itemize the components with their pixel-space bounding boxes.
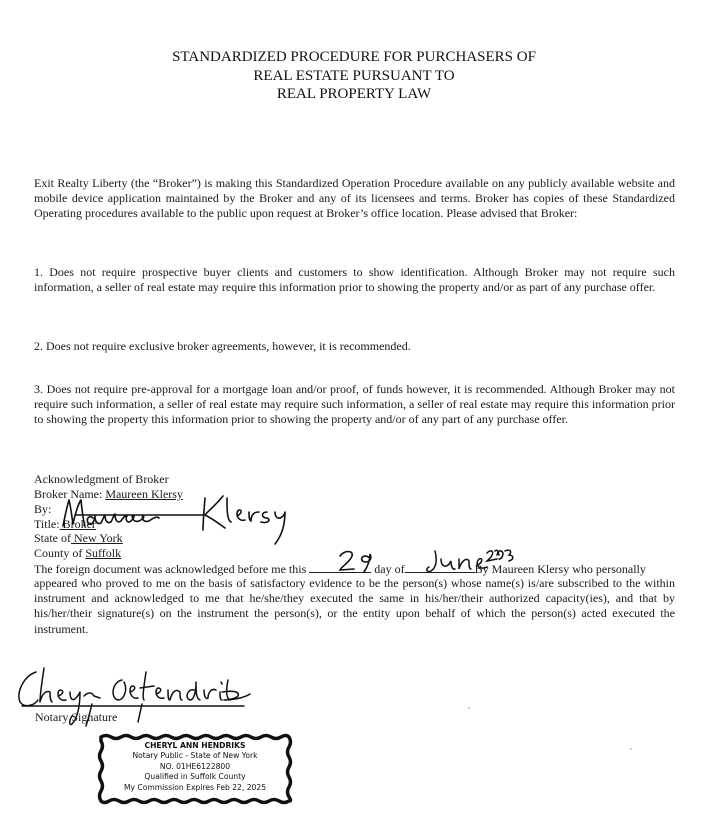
document-title: STANDARDIZED PROCEDURE FOR PURCHASERS OF… (0, 48, 708, 104)
state-value: New York (71, 531, 123, 545)
by-label: By: (34, 502, 51, 517)
state-row: State of New York (34, 531, 123, 546)
title-line-3: REAL PROPERTY LAW (0, 85, 708, 104)
by-maureen-text: By Maureen Klersy who personally (475, 562, 646, 576)
title-value: Broker (60, 517, 96, 531)
county-label: County of (34, 546, 85, 560)
broker-name-row: Broker Name: Maureen Klersy (34, 487, 183, 502)
title-line-1: STANDARDIZED PROCEDURE FOR PURCHASERS OF (0, 48, 708, 67)
scan-speck (630, 748, 632, 750)
notary-stamp: CHERYL ANN HENDRIKS Notary Public - Stat… (97, 733, 293, 805)
stamp-commission-number: NO. 01HE6122800 (97, 762, 293, 772)
state-label: State of (34, 531, 71, 545)
item-3: 3. Does not require pre-approval for a m… (34, 382, 675, 428)
county-value: Suffolk (85, 546, 121, 560)
title-line-2: REAL ESTATE PURSUANT TO (0, 67, 708, 86)
notary-statement-body: appeared who proved to me on the basis o… (34, 576, 675, 637)
month-blank (405, 561, 475, 573)
scan-speck (468, 707, 470, 709)
county-row: County of Suffolk (34, 546, 121, 561)
notary-signature-label: Notary Signature (35, 710, 117, 725)
notary-statement-first-line: The foreign document was acknowledged be… (34, 561, 646, 577)
intro-paragraph: Exit Realty Liberty (the “Broker”) is ma… (34, 176, 675, 222)
day-of-label: day of (371, 562, 404, 576)
acknowledgment-heading: Acknowledgment of Broker (34, 472, 169, 487)
title-label: Title: (34, 517, 60, 531)
stamp-text: CHERYL ANN HENDRIKS Notary Public - Stat… (97, 741, 293, 793)
notary-statement-lead: The foreign document was acknowledged be… (34, 562, 309, 576)
title-row: Title: Broker (34, 517, 96, 532)
item-1: 1. Does not require prospective buyer cl… (34, 265, 675, 295)
stamp-expiration: My Commission Expires Feb 22, 2025 (97, 783, 293, 793)
stamp-notary-title: Notary Public - State of New York (97, 751, 293, 761)
day-blank (309, 561, 371, 573)
item-2: 2. Does not require exclusive broker agr… (34, 339, 675, 354)
broker-name-label: Broker Name: (34, 487, 105, 501)
broker-name-value: Maureen Klersy (105, 487, 183, 501)
stamp-notary-name: CHERYL ANN HENDRIKS (97, 741, 293, 751)
stamp-county: Qualified in Suffolk County (97, 772, 293, 782)
